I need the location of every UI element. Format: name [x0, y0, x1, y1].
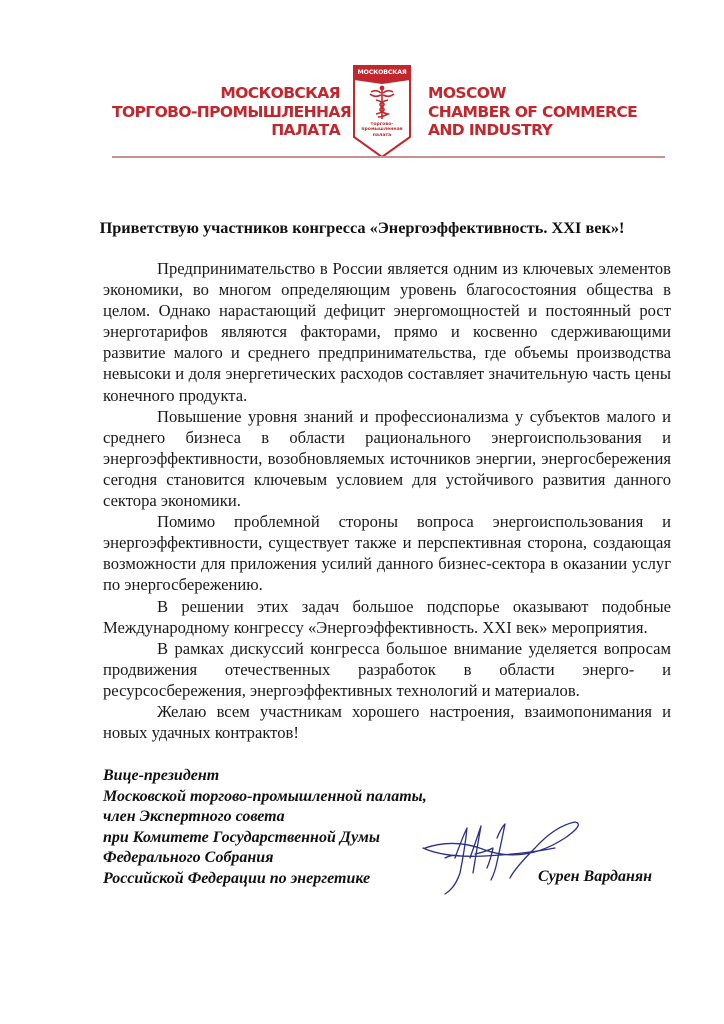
emblem-band-text: МОСКОВСКАЯ: [354, 69, 410, 76]
body-paragraph: В рамках дискуссий конгресса большое вни…: [103, 638, 671, 701]
letterhead-ru-line: ТОРГОВО-ПРОМЫШЛЕННАЯ: [112, 103, 340, 122]
letterhead-russian-name: МОСКОВСКАЯ ТОРГОВО-ПРОМЫШЛЕННАЯ ПАЛАТА: [112, 84, 340, 140]
letter-body: Предпринимательство в России является од…: [103, 258, 671, 743]
handwritten-signature-icon: [415, 818, 590, 898]
letterhead-divider: [112, 156, 665, 158]
signatory-position: Вице-президент Московской торгово-промыш…: [103, 766, 423, 890]
letterhead-en-line: CHAMBER OF COMMERCE: [428, 103, 688, 122]
position-line: член Экспертного совета: [103, 807, 423, 828]
position-line: Вице-президент: [103, 766, 423, 787]
position-line: Российской Федерации по энергетике: [103, 869, 423, 890]
body-paragraph: В решении этих задач большое подспорье о…: [103, 596, 671, 638]
body-paragraph: Предпринимательство в России является од…: [103, 258, 671, 406]
position-line: Федерального Собрания: [103, 848, 423, 869]
chamber-emblem-logo: МОСКОВСКАЯ торгово- промышленная палата: [352, 65, 412, 159]
body-paragraph: Помимо проблемной стороны вопроса энерго…: [103, 511, 671, 595]
body-paragraph: Повышение уровня знаний и профессионализ…: [103, 406, 671, 511]
letterhead-english-name: MOSCOW CHAMBER OF COMMERCE AND INDUSTRY: [428, 84, 688, 140]
emblem-subtitle: торгово- промышленная палата: [358, 122, 406, 138]
letter-title: Приветствую участников конгресса «Энерго…: [80, 218, 644, 238]
emblem-sub-line: палата: [358, 133, 406, 138]
letterhead-ru-line: МОСКОВСКАЯ: [112, 84, 340, 103]
position-line: Московской торгово-промышленной палаты,: [103, 787, 423, 808]
letterhead-en-line: MOSCOW: [428, 84, 688, 103]
letter-page: МОСКОВСКАЯ ТОРГОВО-ПРОМЫШЛЕННАЯ ПАЛАТА М…: [0, 0, 724, 1024]
position-line: при Комитете Государственной Думы: [103, 828, 423, 849]
signatory-name: Сурен Варданян: [538, 868, 688, 886]
body-paragraph: Желаю всем участникам хорошего настроени…: [103, 701, 671, 743]
letterhead-ru-line: ПАЛАТА: [112, 121, 340, 140]
shield-icon: [352, 65, 412, 159]
letterhead-en-line: AND INDUSTRY: [428, 121, 688, 140]
